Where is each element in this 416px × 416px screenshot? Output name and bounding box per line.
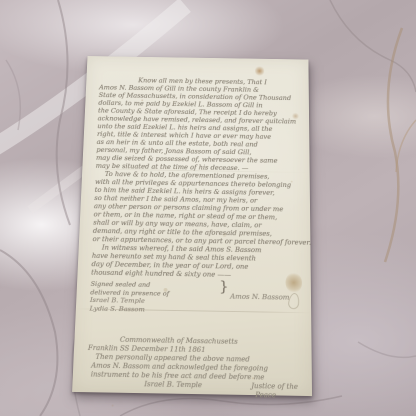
justice-title: Peace xyxy=(255,391,276,400)
execution-block: Signed sealed and delivered in presence … xyxy=(75,280,311,326)
attestation-brace: } xyxy=(219,282,228,291)
notary-acknowledgment-block: Commonwealth of Massachusetts Franklin S… xyxy=(72,335,312,392)
deed-paragraph-witness-clause: In witness whereof, I the said Amos S. B… xyxy=(77,244,310,281)
paper-stain xyxy=(285,272,302,293)
paper-stain xyxy=(255,65,264,76)
manuscript-deed-page: Know all men by these presents, That IAm… xyxy=(72,56,312,396)
deed-paragraph-granting: Know all men by these presents, That IAm… xyxy=(82,56,309,174)
justice-signature: Israel B. Temple xyxy=(144,380,202,389)
grantor-signature: Amos N. Bassom xyxy=(230,292,289,302)
paper-stain xyxy=(292,112,299,120)
photo-of-document-on-marble: Know all men by these presents, That IAm… xyxy=(0,0,416,416)
foxing-spots xyxy=(141,99,143,101)
deed-paragraph-habendum: To have & to hold, the aforementioned pr… xyxy=(79,170,311,247)
